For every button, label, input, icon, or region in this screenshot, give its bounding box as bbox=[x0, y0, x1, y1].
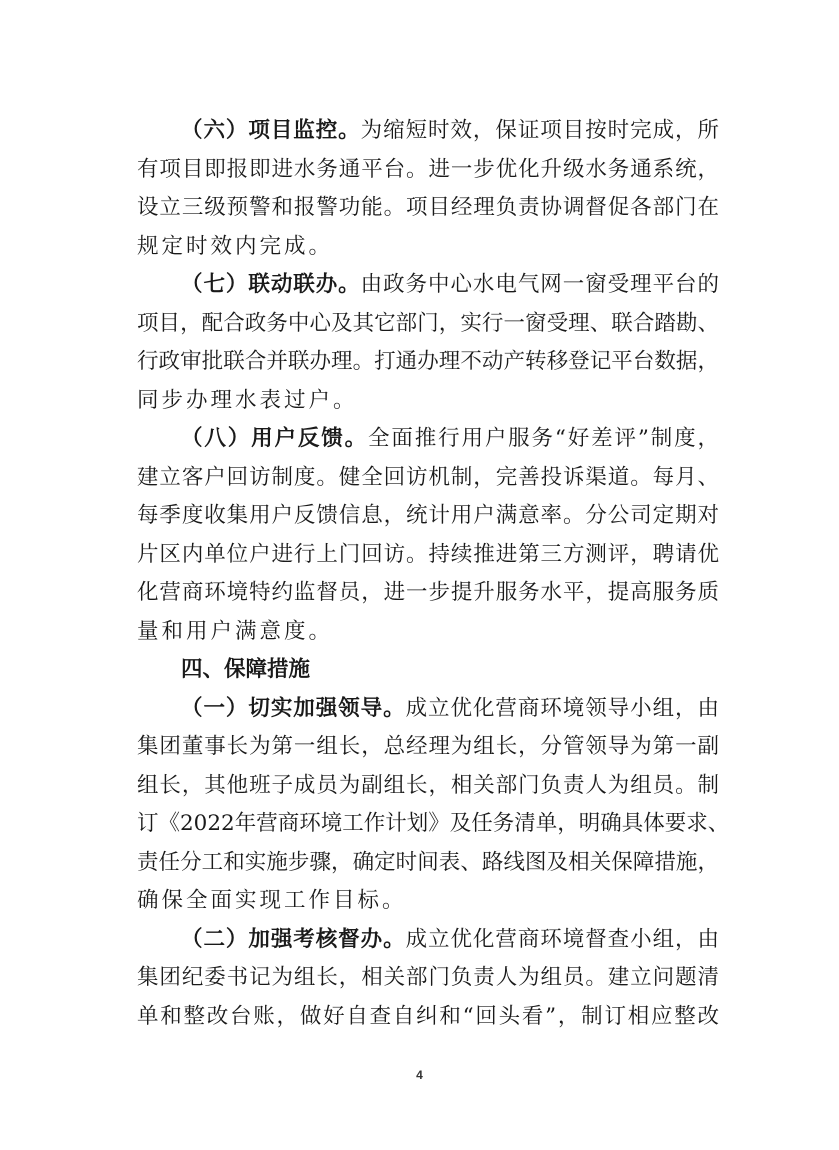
paragraph-strengthen-leadership: （一）切实加强领导。成立优化营商环境领导小组，由 集团董事长为第一组长，总经理为… bbox=[137, 690, 719, 921]
paragraph-line: （六）项目监控。为缩短时效，保证项目按时完成，所 bbox=[137, 112, 719, 151]
paragraph-line: （二）加强考核督办。成立优化营商环境督查小组，由 bbox=[137, 921, 719, 960]
paragraph-line: 量和用户满意度。 bbox=[137, 613, 719, 652]
paragraph-line: 有项目即报即进水务通平台。进一步优化升级水务通系统， bbox=[137, 151, 719, 190]
paragraph-lead: （二）加强考核督办。 bbox=[181, 927, 406, 952]
paragraph-project-monitoring: （六）项目监控。为缩短时效，保证项目按时完成，所 有项目即报即进水务通平台。进一… bbox=[137, 112, 719, 266]
paragraph-lead: （八）用户反馈。 bbox=[181, 426, 368, 451]
paragraph-line: （八）用户反馈。全面推行用户服务“好差评”制度， bbox=[137, 420, 719, 459]
page-number: 4 bbox=[0, 1068, 839, 1082]
paragraph-line: 同步办理水表过户。 bbox=[137, 382, 719, 421]
paragraph-line: （一）切实加强领导。成立优化营商环境领导小组，由 bbox=[137, 690, 719, 729]
paragraph-line: 项目，配合政务中心及其它部门，实行一窗受理、联合踏勘、 bbox=[137, 305, 719, 344]
paragraph-line: 集团纪委书记为组长，相关部门负责人为组员。建立问题清 bbox=[137, 959, 719, 998]
paragraph-user-feedback: （八）用户反馈。全面推行用户服务“好差评”制度， 建立客户回访制度。健全回访机制… bbox=[137, 420, 719, 651]
paragraph-line: 单和整改台账，做好自查自纠和“回头看”，制订相应整改 bbox=[137, 998, 719, 1037]
section-heading: 四、保障措施 bbox=[137, 651, 719, 690]
paragraph-line: 规定时效内完成。 bbox=[137, 228, 719, 267]
paragraph-line: 建立客户回访制度。健全回访机制，完善投诉渠道。每月、 bbox=[137, 459, 719, 498]
paragraph-line: 集团董事长为第一组长，总经理为组长，分管领导为第一副 bbox=[137, 728, 719, 767]
document-page: （六）项目监控。为缩短时效，保证项目按时完成，所 有项目即报即进水务通平台。进一… bbox=[137, 112, 719, 1036]
paragraph-line: 每季度收集用户反馈信息，统计用户满意率。分公司定期对 bbox=[137, 497, 719, 536]
paragraph-joint-handling: （七）联动联办。由政务中心水电气网一窗受理平台的 项目，配合政务中心及其它部门，… bbox=[137, 266, 719, 420]
paragraph-line: 片区内单位户进行上门回访。持续推进第三方测评，聘请优 bbox=[137, 536, 719, 575]
paragraph-line: 责任分工和实施步骤，确定时间表、路线图及相关保障措施， bbox=[137, 844, 719, 883]
paragraph-lead: （一）切实加强领导。 bbox=[181, 696, 406, 721]
paragraph-lead: （七）联动联办。 bbox=[181, 272, 361, 297]
paragraph-line: 化营商环境特约监督员，进一步提升服务水平，提高服务质 bbox=[137, 574, 719, 613]
paragraph-line: 确保全面实现工作目标。 bbox=[137, 882, 719, 921]
paragraph-assessment-supervision: （二）加强考核督办。成立优化营商环境督查小组，由 集团纪委书记为组长，相关部门负… bbox=[137, 921, 719, 1037]
paragraph-line: 订《2022年营商环境工作计划》及任务清单，明确具体要求、 bbox=[137, 805, 719, 844]
paragraph-line: 设立三级预警和报警功能。项目经理负责协调督促各部门在 bbox=[137, 189, 719, 228]
paragraph-line: （七）联动联办。由政务中心水电气网一窗受理平台的 bbox=[137, 266, 719, 305]
paragraph-line: 行政审批联合并联办理。打通办理不动产转移登记平台数据， bbox=[137, 343, 719, 382]
paragraph-line: 组长，其他班子成员为副组长，相关部门负责人为组员。制 bbox=[137, 767, 719, 806]
paragraph-lead: （六）项目监控。 bbox=[181, 118, 361, 143]
